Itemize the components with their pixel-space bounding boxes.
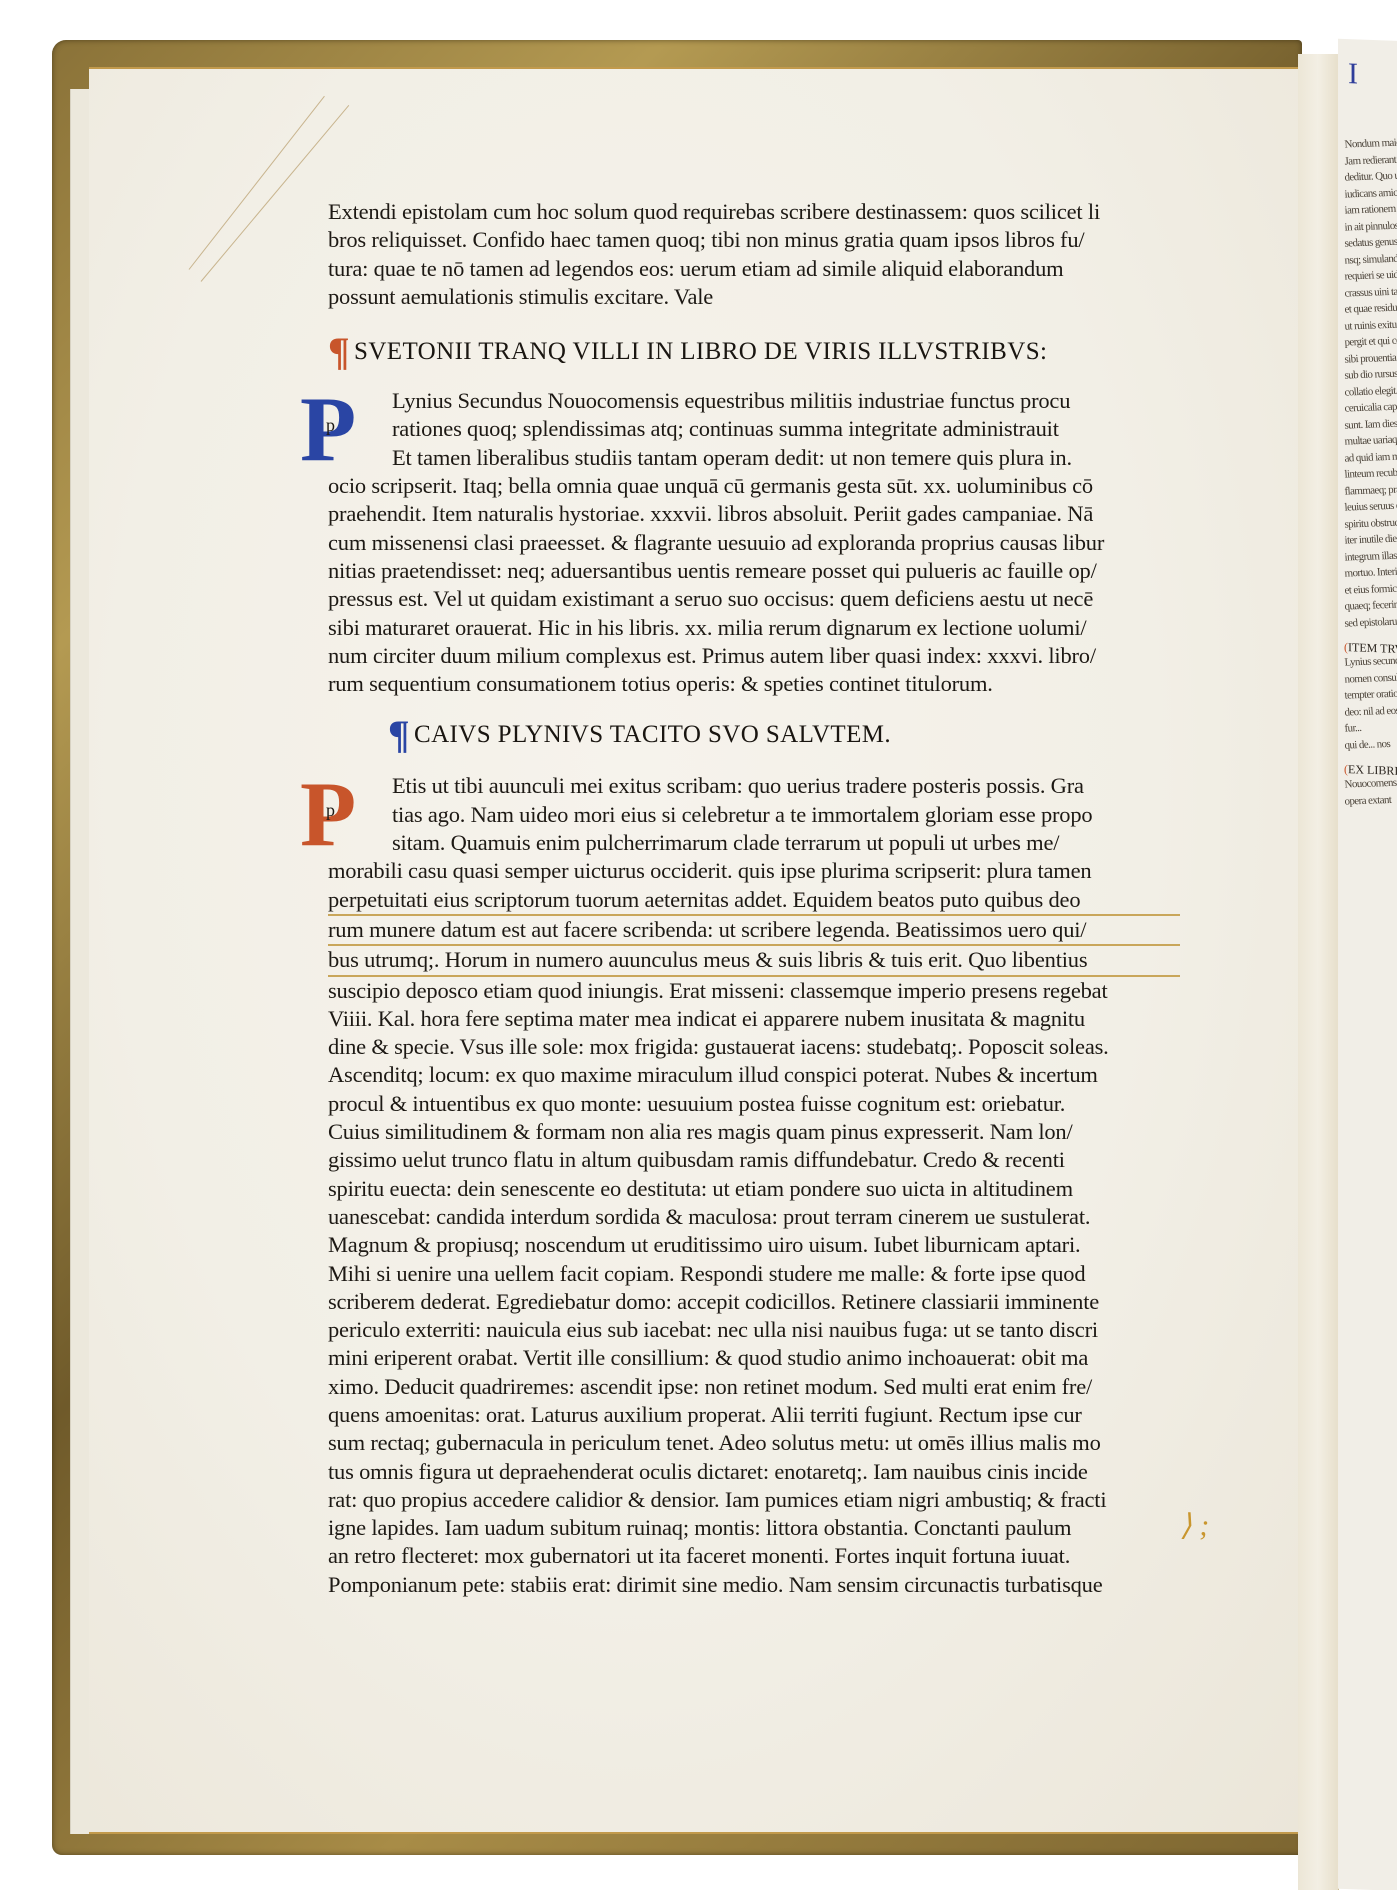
facing-text-line: qui de... nos	[1338, 735, 1397, 754]
facing-text-line: Nondum maiora et infrenderet: sic qd hed…	[1338, 134, 1397, 153]
guide-letter: p	[326, 411, 335, 439]
facing-text-line: sed epistolarum	[1338, 613, 1397, 632]
text-line: bros reliquisset. Confido haec tamen quo…	[328, 226, 1180, 254]
text-line: Viiii. Kal. hora fere septima mater mea …	[328, 1005, 1180, 1033]
text-line: Ascenditq; locum: ex quo maxime miraculu…	[328, 1061, 1180, 1089]
facing-text-line: sunt. Iam dies alibi illic	[1338, 415, 1397, 434]
facing-text-line: quaeq; fecerim maxime ut memorarentur	[1338, 596, 1397, 615]
facing-text-line: nomen consulit: eorum peteritis	[1338, 669, 1397, 688]
text-line: Cuius similitudinem & formam non alia re…	[328, 1118, 1180, 1146]
text-line: tias ago. Nam uideo mori eius si celebre…	[328, 801, 1180, 829]
text-line: Et tamen liberalibus studiis tantam oper…	[328, 444, 1180, 472]
text-line: an retro flecteret: mox gubernatori ut i…	[328, 1542, 1180, 1570]
opening-paragraph: Extendi epistolam cum hoc solum quod req…	[328, 198, 1180, 311]
text-line: gissimo uelut trunco flatu in altum quib…	[328, 1146, 1180, 1174]
text-line: tura: quae te nō tamen ad legendos eos: …	[328, 255, 1180, 283]
text-line: praehendit. Item naturalis hystoriae. xx…	[328, 500, 1180, 528]
main-text-block: Extendi epistolam cum hoc solum quod req…	[328, 198, 1180, 1599]
guide-letter: p	[326, 796, 335, 824]
text-line: Magnum & propiusq; noscendum ut eruditis…	[328, 1231, 1180, 1259]
facing-text-block: Nondum maiora et infrenderet: sic qd hed…	[1338, 137, 1397, 634]
text-line: pressus est. Vel ut quidam existimant a …	[328, 585, 1180, 613]
blue-pilcrow-icon: ¶	[388, 718, 410, 752]
facing-initial: I	[1338, 57, 1397, 93]
facing-text-line: linteum recubans semel ap	[1338, 464, 1397, 483]
text-line: dine & specie. Vsus ille sole: mox frigi…	[328, 1033, 1180, 1061]
text-line: scriberem dederat. Egrediebatur domo: ac…	[328, 1288, 1180, 1316]
facing-text-line: pergit et qui ce consultat intra tec	[1338, 332, 1397, 351]
text-line: Mihi si uenire una uellem facit copiam. …	[328, 1260, 1180, 1288]
text-line: rationes quoq; splendissimas atq; contin…	[328, 415, 1180, 443]
facing-text-line: integrum illasum opertumq; ut fuerat ind	[1338, 547, 1397, 566]
facing-text-line: flammaeq; praeuntium	[1338, 481, 1397, 500]
facing-text-line: ad quid iam mare admitteret quod	[1338, 448, 1397, 467]
text-line: tus omnis figura ut depraehenderat oculi…	[328, 1458, 1180, 1486]
facing-text-line: opera extant	[1338, 791, 1397, 810]
text-line-underlined: rum munere datum est aut facere scribend…	[328, 916, 1180, 946]
text-line: suscipio deposco etiam quod iniungis. Er…	[328, 977, 1180, 1005]
caius-letter-paragraph: P p Etis ut tibi auunculi mei exitus scr…	[328, 772, 1180, 1599]
heading-text: CAIVS PLYNIVS TACITO SVO SALVTEM.	[414, 721, 891, 748]
text-line: morabili casu quasi semper uicturus occi…	[328, 857, 1180, 885]
text-line: rat: quo propius accedere calidior & den…	[328, 1486, 1180, 1514]
lombard-initial-red: P p	[300, 774, 362, 854]
text-line: uanescebat: candida interdum sordida & m…	[328, 1203, 1180, 1231]
section-heading-suetonius: ¶SVETONII TRANQ VILLI IN LIBRO DE VIRIS …	[328, 333, 1180, 371]
text-line: sitam. Quamuis enim pulcherrimarum clade…	[328, 829, 1180, 857]
facing-text-line: sub dio rursus qq l	[1338, 365, 1397, 384]
facing-text-line: ceruicalia capitibus impo	[1338, 398, 1397, 417]
text-line: periculo exterriti: nauicula eius sub ia…	[328, 1316, 1180, 1344]
text-line: num circiter duum milium complexus est. …	[328, 642, 1180, 670]
text-line: Extendi epistolam cum hoc solum quod req…	[328, 198, 1180, 226]
facing-text-line: leuius seruus duobus assurrexit & statim…	[1338, 497, 1397, 516]
facing-text-line: et eius formiculis. Finem ergo faciam. V…	[1338, 580, 1397, 599]
paper-crease	[189, 96, 325, 270]
facing-text-line: Jam redierant proximo foritas coniulerat	[1338, 151, 1397, 170]
facing-text-line: collatio elegit. & apud il	[1338, 382, 1397, 401]
text-line: rum sequentium consumationem totius oper…	[328, 670, 1180, 698]
paper-crease	[201, 105, 350, 282]
text-line: possunt aemulationis stimulis excitare. …	[328, 283, 1180, 311]
facing-text-line: fur...	[1338, 718, 1397, 737]
facing-text-block-2: Lynius secundus ciuis prouinciae genomen…	[1338, 655, 1397, 756]
rubric-pilcrow-icon: ¶	[328, 335, 350, 369]
text-line: ocio scripserit. Itaq; bella omnia quae …	[328, 472, 1180, 500]
facing-text-line: multae uariaq; lumina. Solu	[1338, 431, 1397, 450]
facing-text-line: sedatus genus moris excipiebat. Ille agi	[1338, 233, 1397, 252]
text-line: sibi maturaret orauerat. Hic in his libr…	[328, 614, 1180, 642]
facing-text-line: iam rationem ac hylariter qd est	[1338, 200, 1397, 219]
facing-text-line: iudicans amicorum timorem eius sua fa	[1338, 184, 1397, 203]
suetonius-paragraph: P p Lynius Secundus Nouocomensis equestr…	[328, 387, 1180, 698]
text-line: Lynius Secundus Nouocomensis equestribus…	[328, 387, 1180, 415]
facing-text-line: deo: nil ad eos repente	[1338, 702, 1397, 721]
text-line: sum rectaq; gubernacula in periculum ten…	[328, 1429, 1180, 1457]
facing-text-line: deditur. Quo ueneratus auunculus meus fe…	[1338, 167, 1397, 186]
facing-text-line: tempter orationem facti	[1338, 685, 1397, 704]
facing-text-line: nsq; simulandere in remedium f	[1338, 250, 1397, 269]
text-line: Pomponianum pete: stabiis erat: dirimit …	[328, 1571, 1180, 1599]
facing-text-line: crassus uini tantior erat ab iis qui	[1338, 283, 1397, 302]
text-line: ximo. Deducit quadriremes: ascendit ipse…	[328, 1373, 1180, 1401]
heading-text: SVETONII TRANQ VILLI IN LIBRO DE VIRIS I…	[354, 338, 1047, 365]
manuscript-margin-annotation: ⟩ ;	[1180, 1508, 1209, 1543]
facing-text-line: in ait pinnulos latissimae flamm	[1338, 217, 1397, 236]
text-line: quens amoenitas: orat. Laturus auxilium …	[328, 1401, 1180, 1429]
facing-text-line: ut ruinis exitus negaretur. Exci	[1338, 316, 1397, 335]
text-line: nitias praetendisset: neq; aduersantibus…	[328, 557, 1180, 585]
facing-text-line: iter inutile dies redditus is ab eo qu	[1338, 530, 1397, 549]
text-line: spiritu euecta: dein senescente eo desti…	[328, 1175, 1180, 1203]
text-line: cum missenensi clasi praeesset. & flagra…	[328, 529, 1180, 557]
text-line: mini eriperent orabat. Vertit ille consi…	[328, 1344, 1180, 1372]
facing-text-block-3: Nouocomensis Orator & hystoropera extant	[1338, 777, 1397, 812]
lombard-initial-blue: P p	[300, 389, 362, 469]
facing-text-line: Nouocomensis Orator & hystor	[1338, 774, 1397, 793]
text-line: procul & intuentibus ex quo monte: uesuu…	[328, 1090, 1180, 1118]
page-gutter	[1298, 54, 1339, 1890]
facing-text-line: mortuo. Interim misseni ego & mater. Sed…	[1338, 563, 1397, 582]
text-line-underlined: perpetuitati eius scriptorum tuorum aete…	[328, 886, 1180, 916]
text-line-underlined: bus utrumq;. Horum in numero auunculus m…	[328, 946, 1180, 976]
facing-text-line: Lynius secundus ciuis prouinciae ge	[1338, 652, 1397, 671]
facing-text-line: et quae residuum iam cinere mixtis	[1338, 299, 1397, 318]
facing-text-line: spiritu obstructo crassiore caligine spi…	[1338, 514, 1397, 533]
facing-text-line: sibi prouentia putabant. & quasi e	[1338, 349, 1397, 368]
facing-text-line: requieri se uidem somno. Nam me	[1338, 266, 1397, 285]
section-heading-caius: ¶CAIVS PLYNIVS TACITO SVO SALVTEM.	[328, 716, 1180, 754]
text-line: Etis ut tibi auunculi mei exitus scribam…	[328, 772, 1180, 800]
text-line: igne lapides. Iam uadum subitum ruinaq; …	[328, 1514, 1180, 1542]
facing-page: I Nondum maiora et infrenderet: sic qd h…	[1338, 39, 1397, 1890]
